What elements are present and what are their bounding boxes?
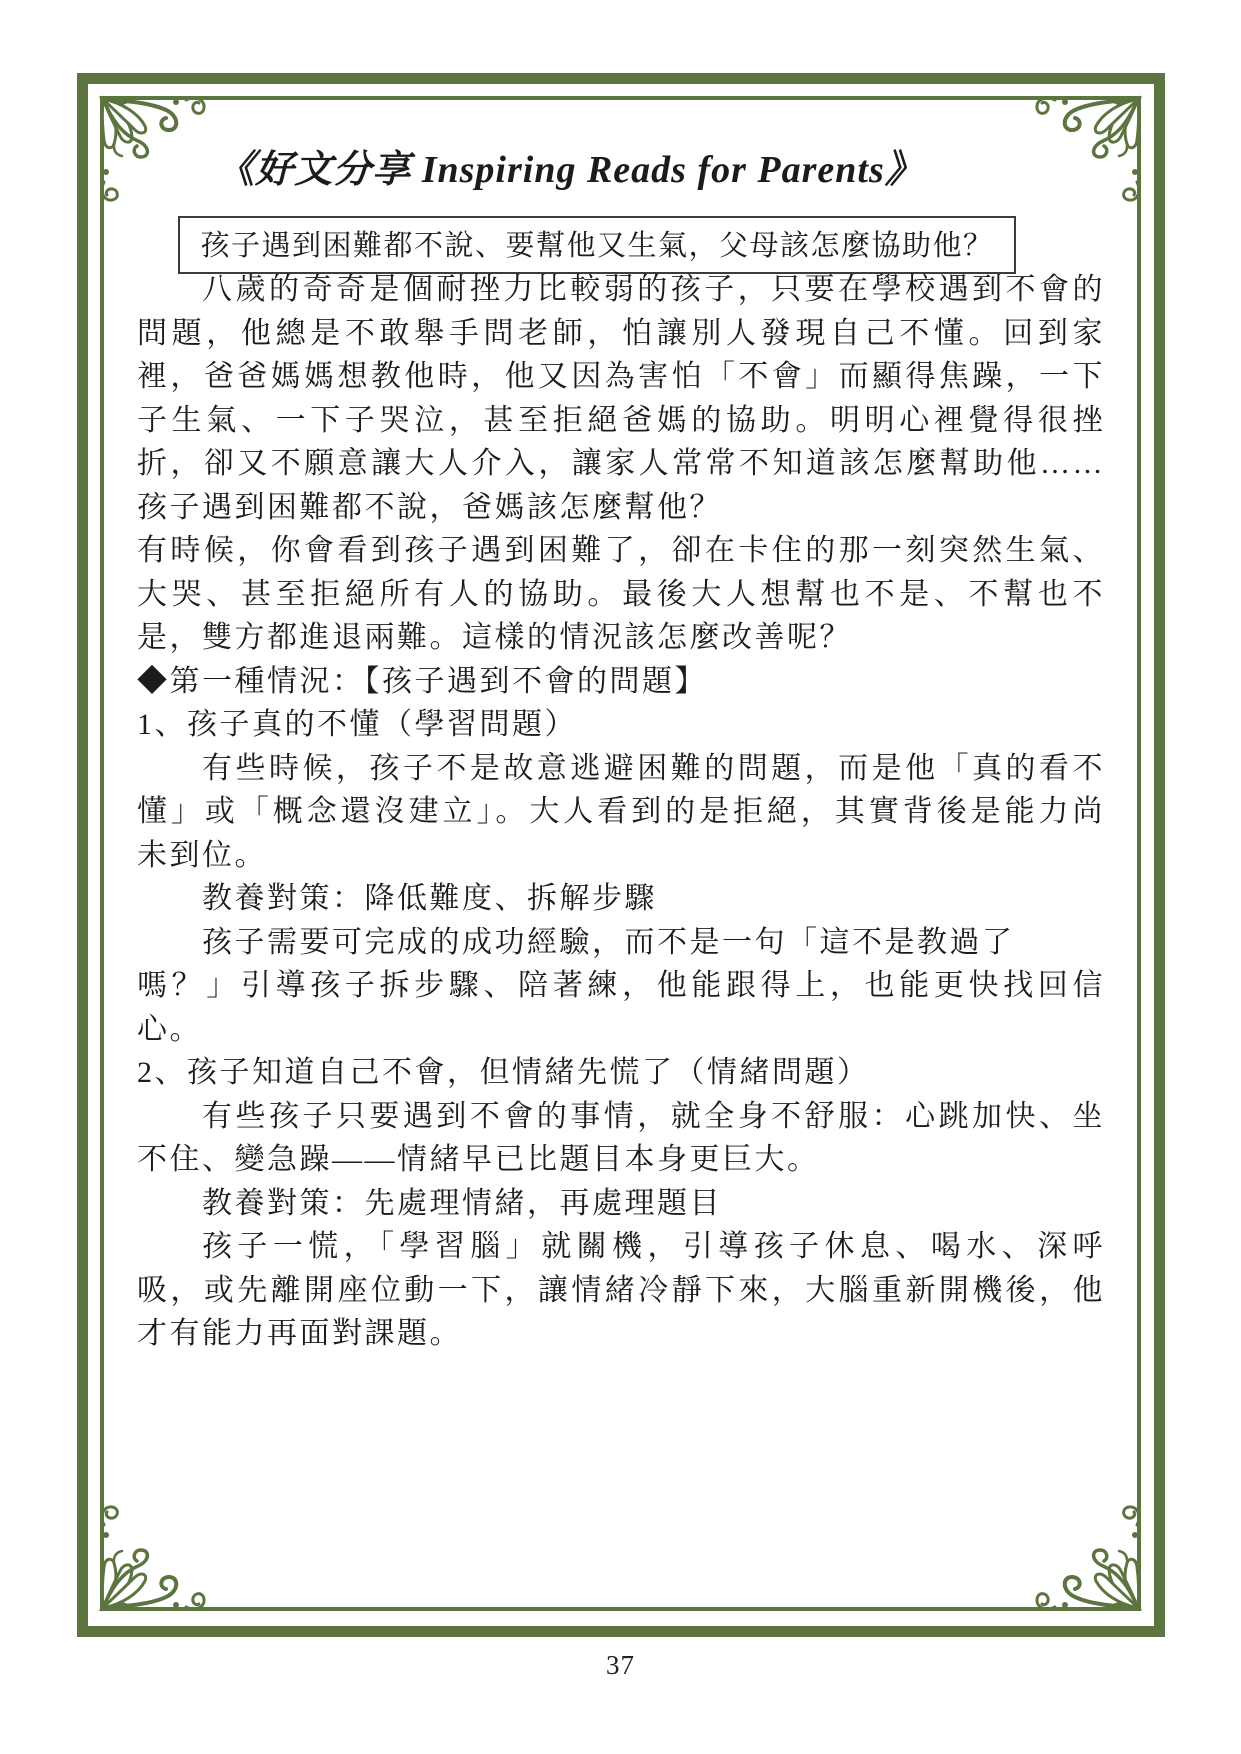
body-line: 八歲的奇奇是個耐挫力比較弱的孩子，只要在學校遇到不會的 — [137, 268, 1105, 312]
body-line: 問題，他總是不敢舉手問老師，怕讓別人發現自己不懂。回到家 — [137, 312, 1105, 356]
body-line: 有些孩子只要遇到不會的事情，就全身不舒服：心跳加快、坐 — [137, 1095, 1105, 1139]
body-line: 孩子遇到困難都不說，爸媽該怎麼幫他？ — [137, 486, 1105, 530]
article-title: 《好文分享 Inspiring Reads for Parents》 — [0, 138, 1140, 193]
body-line: 心。 — [137, 1008, 1105, 1052]
body-line: 教養對策：降低難度、拆解步驟 — [137, 877, 1105, 921]
boxed-heading: 孩子遇到困難都不說、要幫他又生氣，父母該怎麼協助他？ — [178, 216, 1016, 274]
body-line: 裡，爸爸媽媽想教他時，他又因為害怕「不會」而顯得焦躁，一下 — [137, 355, 1105, 399]
body-line: 子生氣、一下子哭泣，甚至拒絕爸媽的協助。明明心裡覺得很挫 — [137, 399, 1105, 443]
newsletter-page: { "page": { "title": "《好文分享 Inspiring Re… — [0, 0, 1241, 1754]
body-line: 才有能力再面對課題。 — [137, 1312, 1105, 1356]
body-line: 孩子一慌，「學習腦」就關機，引導孩子休息、喝水、深呼 — [137, 1225, 1105, 1269]
body-line: 教養對策：先處理情緒，再處理題目 — [137, 1182, 1105, 1226]
body-line: ◆第一種情況：【孩子遇到不會的問題】 — [137, 660, 1105, 704]
body-line: 有些時候，孩子不是故意逃避困難的問題，而是他「真的看不 — [137, 747, 1105, 791]
body-line: 不住、變急躁——情緒早已比題目本身更巨大。 — [137, 1138, 1105, 1182]
corner-flourish-bottom-left-icon — [98, 1495, 216, 1613]
body-line: 1、孩子真的不懂（學習問題） — [137, 703, 1105, 747]
body-line: 有時候，你會看到孩子遇到困難了，卻在卡住的那一刻突然生氣、 — [137, 529, 1105, 573]
body-line: 未到位。 — [137, 834, 1105, 878]
article-body: 八歲的奇奇是個耐挫力比較弱的孩子，只要在學校遇到不會的 問題，他總是不敢舉手問老… — [137, 268, 1105, 1356]
body-line: 折，卻又不願意讓大人介入，讓家人常常不知道該怎麼幫助他…… — [137, 442, 1105, 486]
body-line: 嗎？」引導孩子拆步驟、陪著練，他能跟得上，也能更快找回信 — [137, 964, 1105, 1008]
body-line: 大哭、甚至拒絕所有人的協助。最後大人想幫也不是、不幫也不 — [137, 573, 1105, 617]
corner-flourish-bottom-right-icon — [1025, 1495, 1143, 1613]
body-line: 2、孩子知道自己不會，但情緒先慌了（情緒問題） — [137, 1051, 1105, 1095]
body-line: 孩子需要可完成的成功經驗，而不是一句「這不是教過了 — [137, 921, 1105, 965]
body-line: 吸，或先離開座位動一下，讓情緒冷靜下來，大腦重新開機後，他 — [137, 1269, 1105, 1313]
body-line: 是，雙方都進退兩難。這樣的情況該怎麼改善呢？ — [137, 616, 1105, 660]
body-line: 懂」或「概念還沒建立」。大人看到的是拒絕，其實背後是能力尚 — [137, 790, 1105, 834]
page-number: 37 — [0, 1650, 1241, 1681]
